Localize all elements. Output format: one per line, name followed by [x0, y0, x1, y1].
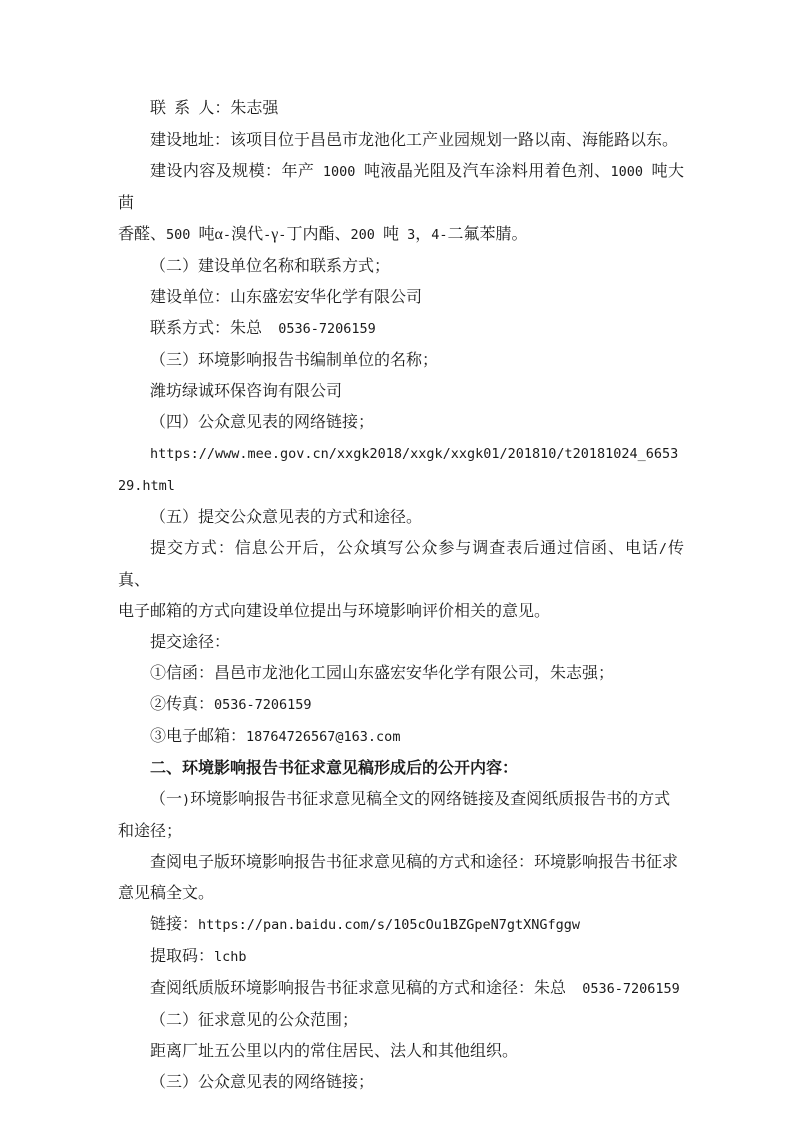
paragraph: 提交途径： [118, 627, 684, 658]
latin-text: 0536-7206159 [566, 981, 680, 997]
paragraph: （二）征求意见的公众范围； [118, 1005, 684, 1036]
latin-text: https://pan.baidu.com/s/105cOu1BZGpeN7gt… [198, 917, 580, 933]
latin-text: 18764726567@163.com [246, 729, 400, 745]
latin-text: ) [182, 792, 190, 808]
paragraph: （三）环境影响报告书编制单位的名称； [118, 345, 684, 376]
document-body: 联 系 人：朱志强建设地址：该项目位于昌邑市龙池化工产业园规划一路以南、海能路以… [0, 0, 794, 1098]
paragraph: 联 系 人：朱志强 [118, 93, 684, 125]
latin-text: 200 [350, 227, 383, 243]
latin-text: - [263, 227, 271, 243]
latin-text: 4- [431, 227, 447, 243]
document-page: 联 系 人：朱志强建设地址：该项目位于昌邑市龙池化工产业园规划一路以南、海能路以… [0, 0, 794, 1123]
paragraph: （四）公众意见表的网络链接； [118, 407, 684, 438]
paragraph: 链接：https://pan.baidu.com/s/105cOu1BZGpeN… [118, 909, 684, 941]
latin-text: 1000 [314, 164, 364, 180]
section-heading: 二、环境影响报告书征求意见稿形成后的公开内容： [118, 753, 684, 784]
paragraph: （一)环境影响报告书征求意见稿全文的网络链接及查阅纸质报告书的方式 和途径； [118, 784, 684, 847]
paragraph: ②传真：0536-7206159 [118, 689, 684, 721]
latin-text: 0536-7206159 [214, 697, 312, 713]
latin-text: / [659, 541, 667, 557]
paragraph: ①信函：昌邑市龙池化工园山东盛宏安华化学有限公司，朱志强； [118, 658, 684, 689]
paragraph: （三）公众意见表的网络链接； [118, 1067, 684, 1098]
latin-text: - [278, 227, 286, 243]
paragraph: 建设地址：该项目位于昌邑市龙池化工产业园规划一路以南、海能路以东。 [118, 125, 684, 156]
latin-text: 1000 [610, 164, 651, 180]
paragraph: 提交方式：信息公开后，公众填写公众参与调查表后通过信函、电话/传真、 电子邮箱的… [118, 533, 684, 627]
paragraph: 建设内容及规模：年产 1000 吨液晶光阻及汽车涂料用着色剂、1000 吨大茴 … [118, 156, 684, 251]
paragraph: https://www.mee.gov.cn/xxgk2018/xxgk/xxg… [118, 438, 684, 502]
latin-text [166, 101, 174, 117]
latin-text: 500 [166, 227, 199, 243]
latin-text: 0536-7206159 [262, 321, 376, 337]
latin-text: - [223, 227, 231, 243]
latin-text [190, 101, 198, 117]
paragraph: 距离厂址五公里以内的常住居民、法人和其他组织。 [118, 1036, 684, 1067]
paragraph: 提取码：lchb [118, 941, 684, 973]
paragraph: （二）建设单位名称和联系方式； [118, 251, 684, 282]
latin-text: lchb [214, 949, 247, 965]
latin-text: https://www.mee.gov.cn/xxgk2018/xxgk/xxg… [150, 446, 678, 462]
latin-text: 3 [399, 227, 415, 243]
paragraph: ③电子邮箱：18764726567@163.com [118, 721, 684, 753]
paragraph: 联系方式：朱总 0536-7206159 [118, 313, 684, 345]
paragraph: 潍坊绿诚环保咨询有限公司 [118, 376, 684, 407]
paragraph: 建设单位：山东盛宏安华化学有限公司 [118, 282, 684, 313]
latin-text: 29.html [118, 478, 175, 494]
paragraph: 查阅纸质版环境影响报告书征求意见稿的方式和途径：朱总 0536-7206159 [118, 973, 684, 1005]
paragraph: （五）提交公众意见表的方式和途径。 [118, 502, 684, 533]
paragraph: 查阅电子版环境影响报告书征求意见稿的方式和途径：环境影响报告书征求 意见稿全文。 [118, 847, 684, 909]
